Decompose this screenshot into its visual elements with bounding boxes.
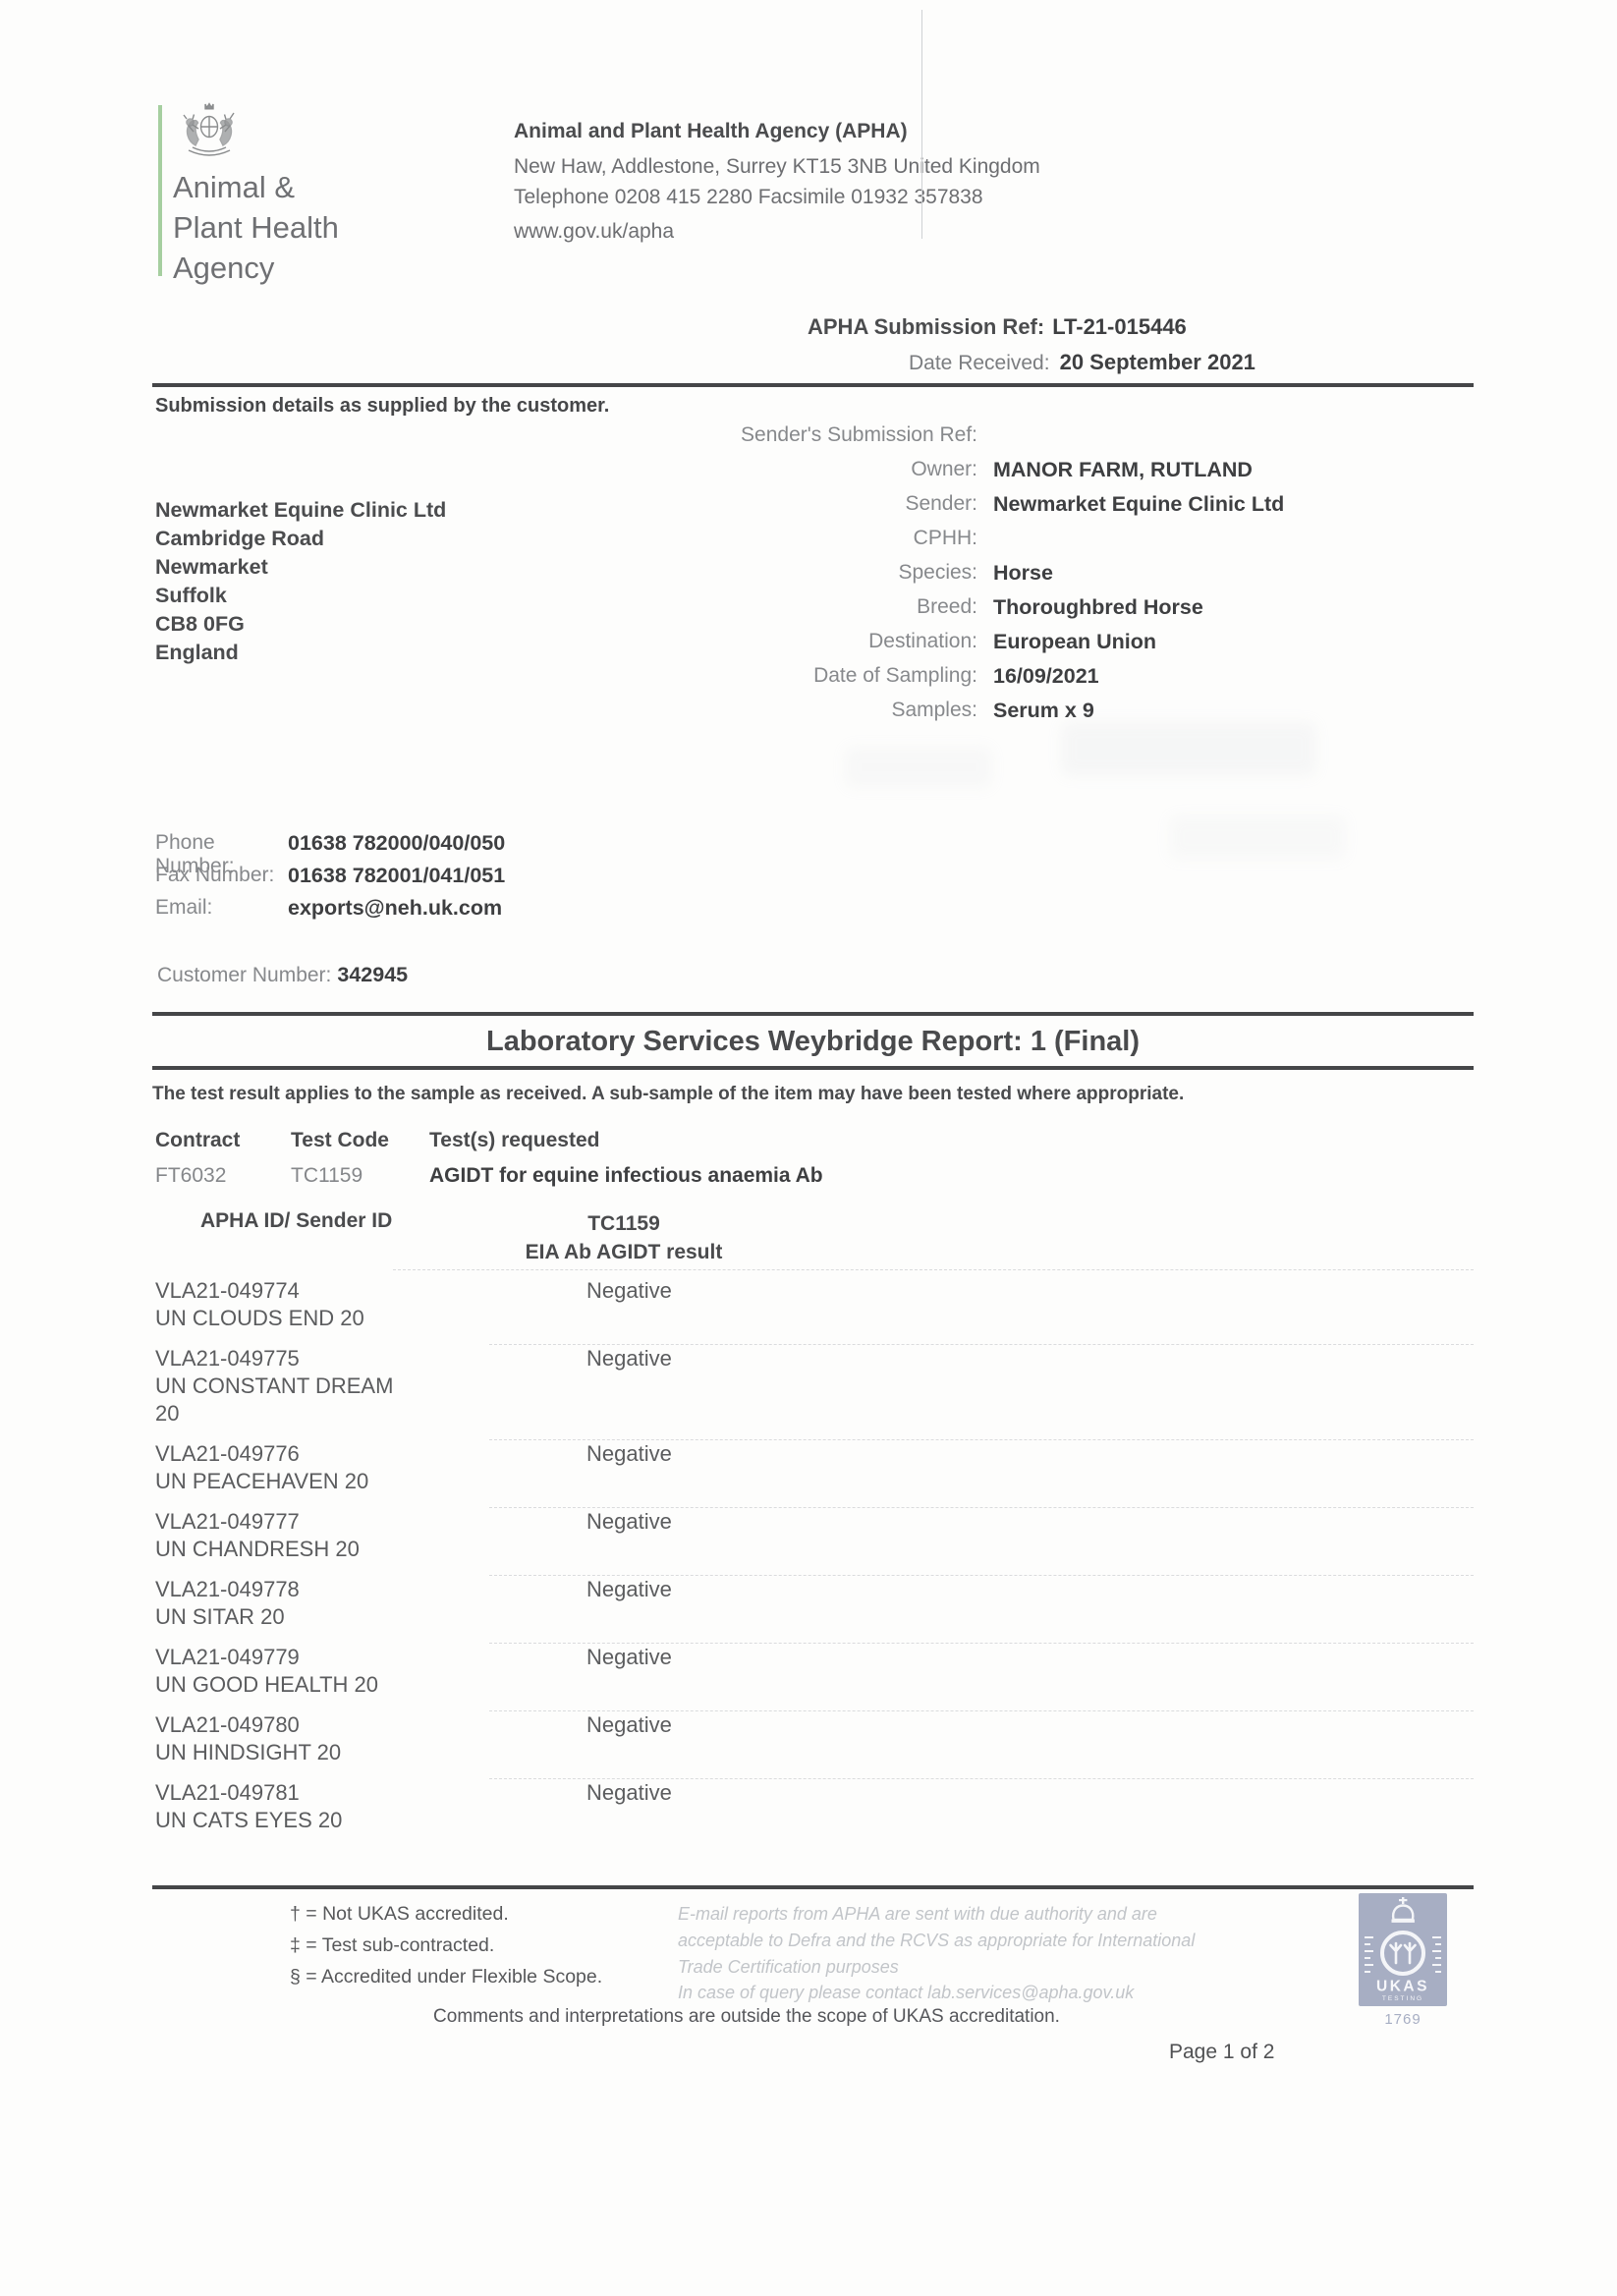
contract-header: Contract	[155, 1129, 240, 1152]
contact-label: Email:	[155, 896, 288, 920]
ukas-testing-logo: UKAS TESTING	[1359, 1893, 1447, 2006]
brand-wordmark: Animal & Plant Health Agency	[173, 167, 339, 288]
sample-name: UN CLOUDS END 20	[155, 1305, 578, 1332]
sample-name: UN CHANDRESH 20	[155, 1536, 578, 1563]
sample-result: Negative	[586, 1712, 672, 1738]
contact-value: 01638 782000/040/050	[288, 831, 505, 856]
sample-name: UN PEACEHAVEN 20	[155, 1468, 578, 1495]
contact-label: Fax Number:	[155, 864, 288, 887]
scan-artifact	[1061, 722, 1316, 776]
apha-submission-ref: APHA Submission Ref:LT-21-015446	[808, 314, 1187, 340]
sample-id: VLA21-049774	[155, 1277, 1474, 1305]
sample-result: Negative	[586, 1577, 672, 1602]
submission-field-row: CPHH:	[533, 527, 1437, 561]
customer-number-value: 342945	[337, 963, 408, 986]
sample-id: VLA21-049779	[155, 1644, 1474, 1671]
field-label: Date of Sampling:	[533, 664, 977, 688]
contact-value: 01638 782001/041/051	[288, 864, 505, 888]
result-row: VLA21-049777 UN CHANDRESH 20 Negative	[155, 1508, 1474, 1576]
field-label: Species:	[533, 561, 977, 585]
sample-name: UN CONSTANT DREAM 20	[155, 1372, 578, 1428]
field-value: Thoroughbred Horse	[993, 595, 1203, 620]
lab-report-page: Animal & Plant Health Agency Animal and …	[0, 0, 1617, 2296]
result-row: VLA21-049779 UN GOOD HEALTH 20 Negative	[155, 1644, 1474, 1711]
title-rule-bottom	[152, 1066, 1474, 1070]
royal-crest-icon	[173, 100, 246, 161]
test-code-value: TC1159	[291, 1164, 362, 1188]
apha-submission-ref-value: LT-21-015446	[1052, 314, 1187, 339]
field-value: Newmarket Equine Clinic Ltd	[993, 492, 1284, 517]
submission-field-row: Breed: Thoroughbred Horse	[533, 595, 1437, 630]
report-disclaimer: The test result applies to the sample as…	[152, 1084, 1184, 1105]
field-label: Breed:	[533, 595, 977, 619]
contract-value: FT6032	[155, 1164, 226, 1188]
page-number: Page 1 of 2	[1169, 2041, 1274, 2064]
date-received-label: Date Received:	[909, 352, 1050, 374]
tests-requested-value: AGIDT for equine infectious anaemia Ab	[429, 1164, 823, 1188]
sample-id: VLA21-049777	[155, 1508, 1474, 1536]
sample-result: Negative	[586, 1346, 672, 1372]
field-label: Owner:	[533, 458, 977, 481]
submission-field-row: Date of Sampling: 16/09/2021	[533, 664, 1437, 699]
sample-id: VLA21-049778	[155, 1576, 1474, 1603]
scan-fold-line	[921, 10, 922, 239]
agency-title: Animal and Plant Health Agency (APHA)	[514, 120, 908, 143]
sample-name: UN SITAR 20	[155, 1603, 578, 1631]
field-value: European Union	[993, 630, 1156, 654]
sample-id: VLA21-049781	[155, 1779, 1474, 1807]
field-label: Samples:	[533, 699, 977, 722]
result-row: VLA21-049780 UN HINDSIGHT 20 Negative	[155, 1711, 1474, 1779]
email-report-notice: E-mail reports from APHA are sent with d…	[678, 1901, 1195, 1981]
sample-id: VLA21-049780	[155, 1711, 1474, 1739]
result-column-header-test: EIA Ab AGIDT result	[462, 1238, 786, 1266]
result-row: VLA21-049781 UN CATS EYES 20 Negative	[155, 1779, 1474, 1847]
submission-field-row: Owner: MANOR FARM, RUTLAND	[533, 458, 1437, 492]
field-label: CPHH:	[533, 527, 977, 550]
field-value: Serum x 9	[993, 699, 1094, 723]
result-row: VLA21-049776 UN PEACEHAVEN 20 Negative	[155, 1440, 1474, 1508]
sample-result: Negative	[586, 1645, 672, 1670]
field-value: Horse	[993, 561, 1053, 586]
submission-field-row: Destination: European Union	[533, 630, 1437, 664]
comments-note: Comments and interpretations are outside…	[152, 2006, 1341, 2028]
submission-details-heading: Submission details as supplied by the cu…	[155, 395, 609, 418]
contact-row: Email: exports@neh.uk.com	[155, 896, 505, 928]
agency-website: www.gov.uk/apha	[514, 220, 674, 244]
report-title: Laboratory Services Weybridge Report: 1 …	[152, 1026, 1474, 1058]
accreditation-footnotes: † = Not UKAS accredited. ‡ = Test sub-co…	[290, 1898, 602, 1992]
customer-number-label: Customer Number:	[157, 964, 331, 986]
result-column-header: TC1159 EIA Ab AGIDT result	[462, 1209, 786, 1266]
svg-text:UKAS: UKAS	[1376, 1979, 1429, 1995]
result-row: VLA21-049774 UN CLOUDS END 20 Negative	[155, 1277, 1474, 1345]
sample-name: UN CATS EYES 20	[155, 1807, 578, 1834]
submission-field-row: Sender's Submission Ref:	[533, 423, 1437, 458]
customer-contacts: Phone Number: 01638 782000/040/050 Fax N…	[155, 831, 505, 928]
submission-field-row: Species: Horse	[533, 561, 1437, 595]
scan-artifact	[845, 747, 992, 788]
ukas-accreditation-number: 1769	[1359, 2011, 1447, 2028]
field-label: Sender:	[533, 492, 977, 516]
contact-value: exports@neh.uk.com	[288, 896, 502, 921]
result-row: VLA21-049775 UN CONSTANT DREAM 20 Negati…	[155, 1345, 1474, 1440]
submission-field-row: Sender: Newmarket Equine Clinic Ltd	[533, 492, 1437, 527]
results-table: VLA21-049774 UN CLOUDS END 20 Negative V…	[155, 1277, 1474, 1847]
query-contact-notice: In case of query please contact lab.serv…	[678, 1983, 1134, 2003]
customer-address: Newmarket Equine Clinic Ltd Cambridge Ro…	[155, 496, 446, 667]
tests-requested-header: Test(s) requested	[429, 1129, 600, 1152]
logo-green-bar	[158, 105, 162, 276]
id-column-header: APHA ID/ Sender ID	[200, 1209, 392, 1233]
result-column-header-code: TC1159	[462, 1209, 786, 1238]
apha-submission-ref-label: APHA Submission Ref:	[808, 314, 1044, 339]
customer-number: Customer Number:342945	[157, 963, 408, 987]
field-label: Sender's Submission Ref:	[533, 423, 977, 447]
agency-phone-fax: Telephone 0208 415 2280 Facsimile 01932 …	[514, 186, 983, 209]
title-rule-top	[152, 1012, 1474, 1016]
field-value: 16/09/2021	[993, 664, 1099, 689]
sample-result: Negative	[586, 1278, 672, 1304]
field-label: Destination:	[533, 630, 977, 653]
contact-row: Phone Number: 01638 782000/040/050	[155, 831, 505, 864]
scan-artifact	[1169, 815, 1346, 860]
svg-text:TESTING: TESTING	[1382, 1995, 1423, 2002]
field-value: MANOR FARM, RUTLAND	[993, 458, 1253, 482]
sample-result: Negative	[586, 1509, 672, 1535]
test-code-header: Test Code	[291, 1129, 389, 1152]
result-row: VLA21-049778 UN SITAR 20 Negative	[155, 1576, 1474, 1644]
date-received: Date Received:20 September 2021	[909, 350, 1255, 375]
contact-row: Fax Number: 01638 782001/041/051	[155, 864, 505, 896]
results-header-separator	[393, 1269, 1474, 1270]
divider-top	[152, 383, 1474, 387]
agency-address: New Haw, Addlestone, Surrey KT15 3NB Uni…	[514, 155, 1040, 179]
footer-rule	[152, 1885, 1474, 1889]
sample-result: Negative	[586, 1780, 672, 1806]
sample-name: UN HINDSIGHT 20	[155, 1739, 578, 1766]
submission-fields: Sender's Submission Ref: Owner: MANOR FA…	[533, 423, 1437, 733]
sample-id: VLA21-049776	[155, 1440, 1474, 1468]
sample-id: VLA21-049775	[155, 1345, 1474, 1372]
sample-name: UN GOOD HEALTH 20	[155, 1671, 578, 1699]
date-received-value: 20 September 2021	[1060, 350, 1255, 374]
sample-result: Negative	[586, 1441, 672, 1467]
